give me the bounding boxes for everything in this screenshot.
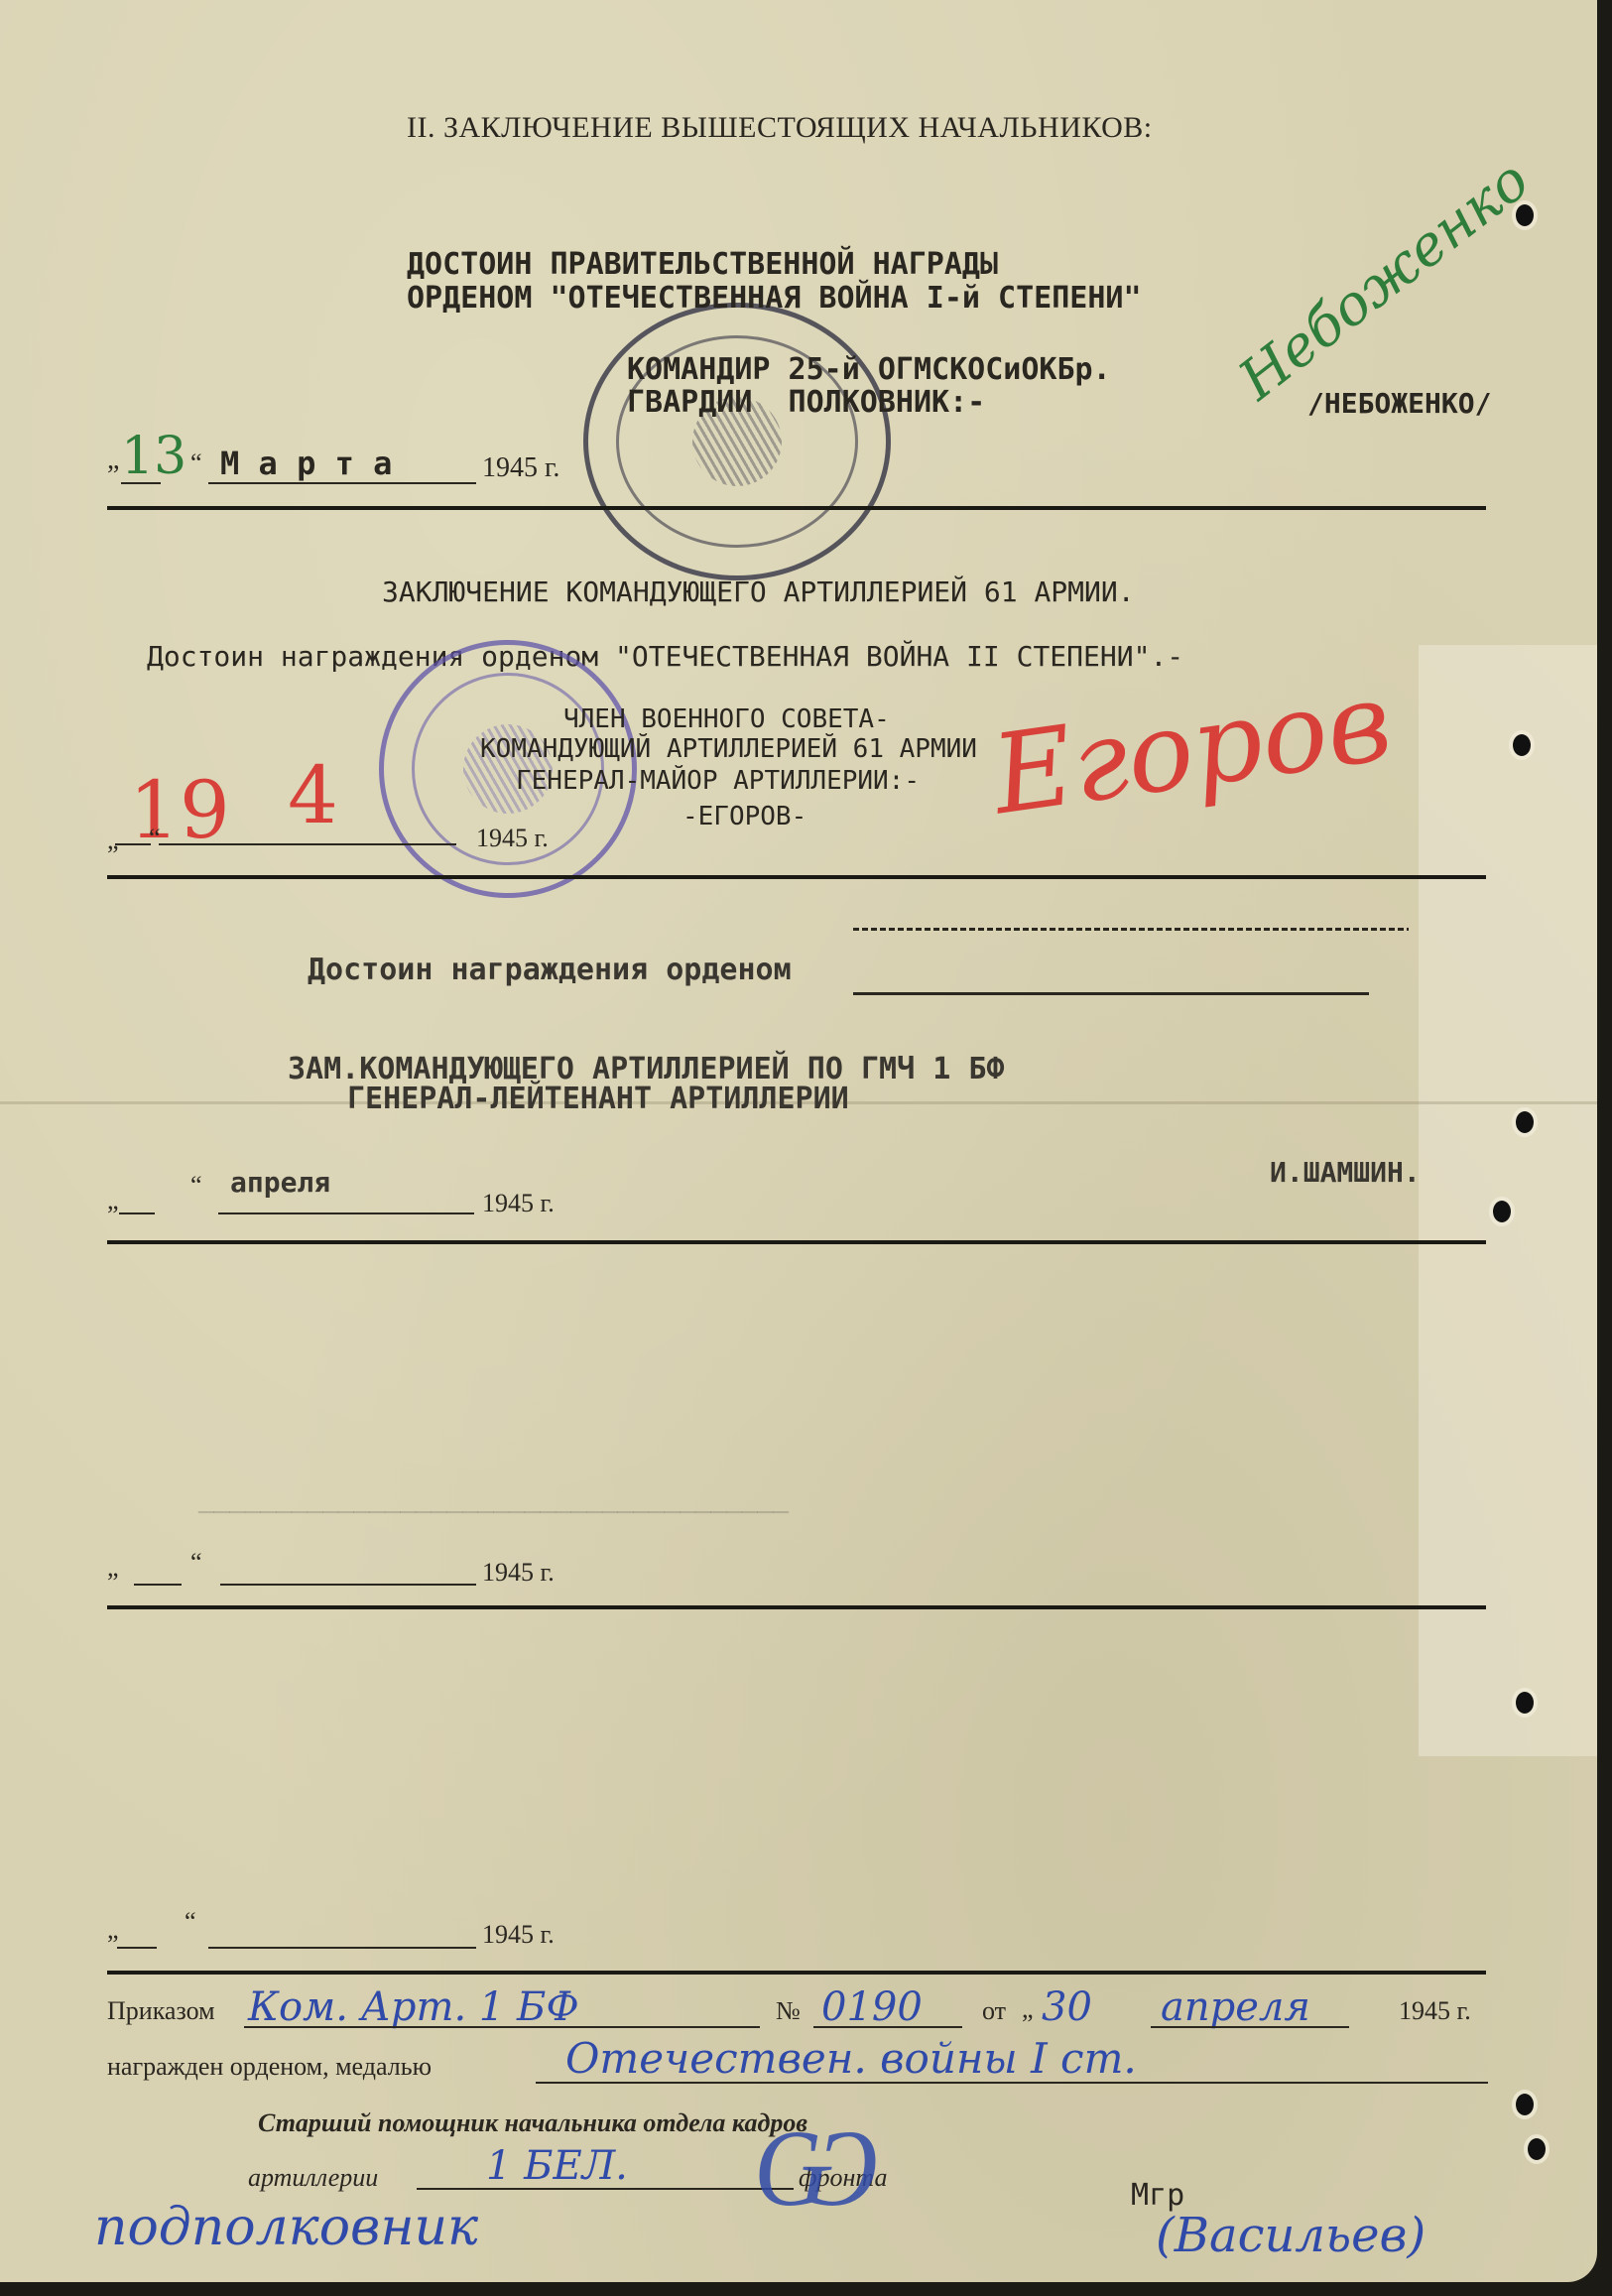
- block1-signer-name: /НЕБОЖЕНКО/: [1307, 387, 1491, 420]
- block1-signer-title2: ГВАРДИИ ПОЛКОВНИК:-: [627, 385, 985, 420]
- block1-signer-title1: КОМАНДИР 25-й ОГМСКОСиОКБр.: [627, 352, 1111, 387]
- block2-signer-title2: КОМАНДУЮЩИЙ АРТИЛЛЕРИЕЙ 61 АРМИИ: [480, 734, 977, 764]
- block2-signer-title3: ГЕНЕРАЛ-МАЙОР АРТИЛЛЕРИИ:-: [516, 766, 920, 796]
- footer-artillery-label: артиллерии: [248, 2163, 378, 2193]
- divider: [107, 1971, 1486, 1975]
- block5-date-year: 1945 г.: [482, 1920, 555, 1950]
- document-page: II. ЗАКЛЮЧЕНИЕ ВЫШЕСТОЯЩИХ НАЧАЛЬНИКОВ: …: [0, 0, 1597, 2282]
- divider: [107, 506, 1486, 510]
- block1-date-month: М а р т а: [220, 445, 392, 482]
- block4-date-year: 1945 г.: [482, 1558, 555, 1588]
- section-title: II. ЗАКЛЮЧЕНИЕ ВЫШЕСТОЯЩИХ НАЧАЛЬНИКОВ:: [407, 111, 1153, 145]
- order-from-label: от: [982, 1996, 1006, 2026]
- block2-signer-title1: ЧЛЕН ВОЕННОГО СОВЕТА-: [563, 704, 890, 734]
- bleed-through-text: ──────────────────────────────────────: [198, 1498, 789, 1528]
- order-date-day: 30: [1042, 1984, 1092, 2030]
- order-award: Отечествен. войны I ст.: [565, 2034, 1137, 2083]
- quote-open: „: [107, 1186, 119, 1215]
- block2-handwritten-signature: Егоров: [985, 658, 1399, 839]
- footer-handwritten-signature: Ѡ: [754, 2104, 878, 2232]
- order-prefix: Приказом: [107, 1996, 215, 2026]
- quote-close: “: [149, 824, 161, 853]
- footer-title: Старший помощник начальника отдела кадро…: [258, 2108, 807, 2138]
- block3-signer-name: И.ШАМШИН.: [1270, 1156, 1421, 1189]
- punch-hole-icon: [1493, 1201, 1511, 1222]
- unit-stamp: [583, 303, 891, 580]
- footer-front-value: 1 БЕЛ.: [486, 2143, 628, 2189]
- punch-hole-icon: [1516, 1111, 1534, 1133]
- order-date-month: апреля: [1161, 1984, 1310, 2030]
- order-issuer: Ком. Арт. 1 БФ: [248, 1984, 579, 2030]
- quote-open: „: [1022, 1994, 1034, 2024]
- quote-open: „: [107, 1915, 119, 1945]
- footer-rank-handwritten: подполковник: [94, 2198, 478, 2257]
- quote-open: „: [107, 445, 119, 476]
- quote-open: „: [107, 826, 119, 855]
- block1-verdict-line1: ДОСТОИН ПРАВИТЕЛЬСТВЕННОЙ НАГРАДЫ: [407, 248, 998, 282]
- punch-hole-icon: [1516, 2094, 1534, 2115]
- lighter-paper-strip: [1419, 645, 1597, 1756]
- quote-open: „: [107, 1553, 119, 1583]
- block3-date-month: апреля: [230, 1166, 330, 1199]
- order-awarded-label: награжден орденом, медалью: [107, 2052, 432, 2082]
- block1-date-year: 1945 г.: [482, 452, 559, 484]
- punch-hole-icon: [1513, 734, 1531, 756]
- block2-heading: ЗАКЛЮЧЕНИЕ КОМАНДУЮЩЕГО АРТИЛЛЕРИЕЙ 61 А…: [382, 575, 1135, 608]
- quote-close: “: [190, 1548, 202, 1578]
- block3-date-year: 1945 г.: [482, 1189, 555, 1218]
- order-year: 1945 г.: [1399, 1996, 1471, 2026]
- order-number-label: №: [776, 1996, 801, 2026]
- punch-hole-icon: [1528, 2138, 1546, 2160]
- block2-date-year: 1945 г.: [476, 824, 549, 853]
- quote-close: “: [185, 1907, 196, 1937]
- quote-close: “: [190, 1171, 202, 1201]
- block2-signer-name: -ЕГОРОВ-: [682, 802, 806, 831]
- block3-signer-title2: ГЕНЕРАЛ-ЛЕЙТЕНАНТ АРТИЛЛЕРИИ: [347, 1082, 849, 1116]
- block3-verdict-label: Достоин награждения орденом: [308, 953, 792, 987]
- block1-handwritten-signature: Небоженко: [1227, 148, 1541, 413]
- quote-close: “: [190, 448, 202, 478]
- block1-verdict-line2: ОРДЕНОМ "ОТЕЧЕСТВЕННАЯ ВОЙНА I-й СТЕПЕНИ…: [407, 282, 1142, 316]
- footer-name-handwritten: (Васильев): [1156, 2208, 1426, 2263]
- punch-hole-icon: [1516, 1692, 1534, 1714]
- divider: [107, 1240, 1486, 1244]
- order-number: 0190: [821, 1984, 923, 2030]
- block2-verdict: Достоин награждения орденом "ОТЕЧЕСТВЕНН…: [147, 640, 1183, 673]
- block1-date-day: 13: [121, 427, 186, 486]
- divider: [107, 875, 1486, 879]
- block2-date-month: 4: [288, 749, 338, 841]
- divider: [107, 1605, 1486, 1609]
